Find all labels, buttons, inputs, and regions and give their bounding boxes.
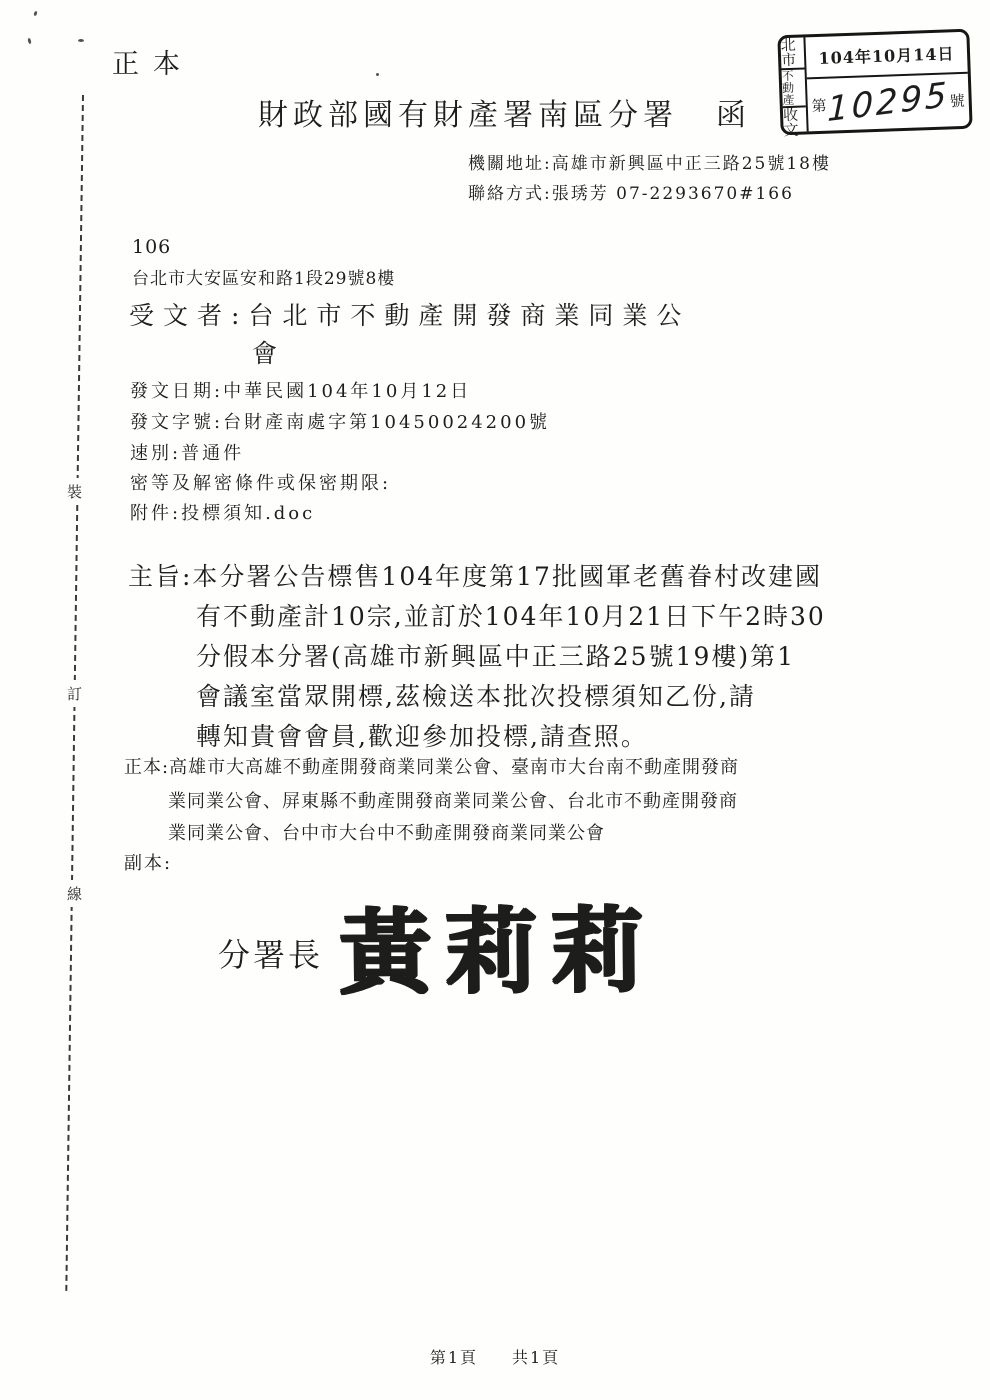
scanned-official-letter: 裝 訂 線 正本 財政部國有財產署南區分署函 北市 不動產 收文 104年10月…: [0, 0, 990, 1400]
page-number: 第1頁: [430, 1348, 478, 1367]
agency-contact-line: 聯絡方式:張琇芳 07-2293670#166: [468, 179, 794, 204]
receipt-stamp-detail-column: 104年10月14日 第 10295 號: [805, 32, 969, 132]
receipt-stamp: 北市 不動產 收文 104年10月14日 第 10295 號: [777, 29, 972, 136]
original-recipients-line: 業同業公會、台中市大台中不動產開發商業同業公會: [168, 819, 605, 845]
stamp-received-date: 104年10月14日: [805, 32, 968, 80]
recipient-name-line1: 受文者:台北市不動產開發商業同業公: [129, 296, 690, 332]
subject-line: 轉知貴會會員,歡迎參加投標,請查照。: [196, 717, 648, 753]
scan-noise-speck: [376, 73, 379, 76]
signer-name-calligraphy: 黃莉莉: [337, 877, 656, 1012]
scan-noise-speck: [27, 38, 31, 45]
scan-noise-speck: [33, 11, 38, 17]
stamp-number-prefix: 第: [811, 94, 827, 116]
binding-char-xian: 線: [66, 880, 83, 907]
subject-line: 會議室當眾開標,茲檢送本批次投標須知乙份,請: [196, 677, 756, 713]
signer-title: 分署長: [218, 930, 323, 976]
cc-label: 副本:: [124, 849, 172, 875]
classification-line: 密等及解密條件或保密期限:: [130, 469, 391, 495]
stamp-handwritten-number: 10295: [827, 75, 950, 130]
attachment-line: 附件:投標須知.doc: [130, 499, 315, 525]
recipient-postal-code: 106: [132, 236, 171, 258]
stamp-number-suffix: 號: [949, 89, 965, 111]
agency-address-line: 機關地址:高雄市新興區中正三路25號18樓: [468, 149, 831, 174]
issuing-agency-title: 財政部國有財產署南區分署: [258, 98, 678, 133]
subject-line: 有不動產計10宗,並訂於104年10月21日下午2時30: [196, 597, 826, 633]
document-type-label: 函: [716, 98, 751, 133]
original-recipients-line: 業同業公會、屏東縣不動產開發商業同業公會、台北市不動產開發商: [168, 787, 738, 813]
stamp-number-row: 第 10295 號: [807, 74, 970, 132]
recipient-name-line2: 會: [252, 334, 277, 370]
receipt-stamp-org-column: 北市 不動產 收文: [780, 37, 808, 132]
subject-line: 主旨:本分署公告標售104年度第17批國軍老舊眷村改建國: [128, 557, 822, 593]
stamp-org-line-2: 不動產: [781, 67, 805, 106]
binding-char-zhuang: 裝: [66, 478, 83, 505]
stamp-org-line-3: 收文: [783, 105, 807, 138]
scan-noise-speck: [78, 39, 84, 42]
page-footer: 第1頁共1頁: [0, 1345, 990, 1368]
priority-line: 速別:普通件: [130, 439, 244, 465]
total-pages: 共1頁: [512, 1348, 560, 1367]
copy-type-label: 正本: [112, 42, 194, 81]
issue-date-line: 發文日期:中華民國104年10月12日: [130, 377, 471, 403]
stamp-org-line-1: 北市: [780, 37, 804, 68]
binding-char-ding: 訂: [66, 680, 83, 707]
document-title-row: 財政部國有財產署南區分署函: [258, 90, 751, 134]
reference-number-line: 發文字號:台財產南處字第10450024200號: [130, 408, 550, 434]
recipient-address: 台北市大安區安和路1段29號8樓: [132, 264, 395, 289]
original-recipients-line: 正本:高雄市大高雄不動產開發商業同業公會、臺南市大台南不動產開發商: [124, 753, 739, 779]
subject-line: 分假本分署(高雄市新興區中正三路25號19樓)第1: [196, 637, 795, 673]
